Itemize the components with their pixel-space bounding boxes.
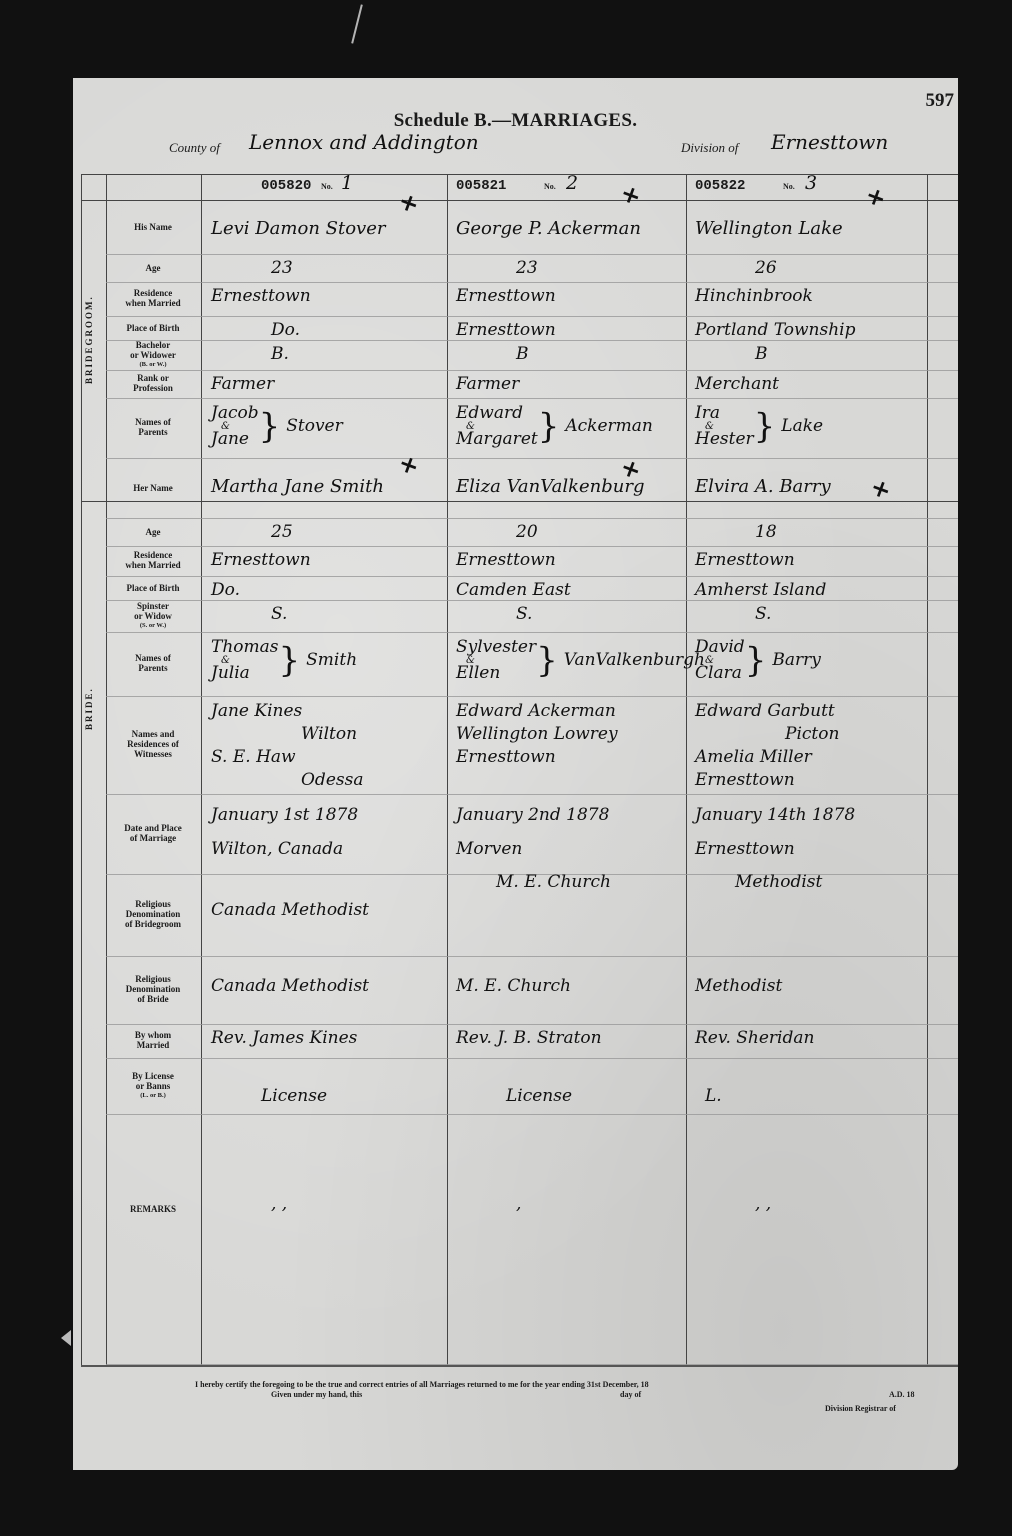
groom-profession-value: Farmer bbox=[211, 374, 274, 394]
row-label-line: Names and bbox=[109, 729, 197, 739]
row-label-bride-status: Spinsteror Widow(S. or W.) bbox=[109, 601, 197, 629]
row-label-line: when Married bbox=[109, 560, 197, 570]
bride-residence-value: Ernesttown bbox=[456, 550, 556, 570]
certify-text: I hereby certify the foregoing to be the… bbox=[195, 1380, 649, 1389]
groom-birthplace-value: Ernesttown bbox=[456, 320, 556, 340]
brace: } bbox=[279, 641, 301, 681]
witness-line: Wellington Lowrey bbox=[456, 723, 686, 746]
row-label-groom-name: His Name bbox=[109, 222, 197, 232]
groom-denomination-value: Methodist bbox=[735, 872, 822, 892]
father-name: David bbox=[695, 637, 745, 657]
row-label-line: Names of bbox=[109, 417, 197, 427]
groom-age-value: 23 bbox=[271, 258, 293, 278]
row-label-license-or-banns: By Licenseor Banns(L. or B.) bbox=[109, 1071, 197, 1099]
schedule-title: Schedule B.—MARRIAGES. bbox=[73, 110, 958, 132]
row-label-line: Age bbox=[109, 263, 197, 273]
father-name: Edward bbox=[456, 403, 523, 423]
bride-birthplace-value: Do. bbox=[211, 580, 240, 600]
officiant-value: Rev. James Kines bbox=[211, 1028, 357, 1048]
license-or-banns-cell: License bbox=[211, 1086, 497, 1106]
groom-denomination-value: M. E. Church bbox=[496, 872, 611, 892]
license-or-banns-value: License bbox=[261, 1086, 327, 1106]
mother-name: Clara bbox=[695, 663, 742, 683]
witnesses-cell: Edward GarbuttPictonAmelia MillerErnestt… bbox=[695, 700, 927, 792]
license-or-banns-cell: L. bbox=[695, 1086, 937, 1106]
father-name: Thomas bbox=[211, 637, 279, 657]
groom-profession-cell: Merchant bbox=[695, 374, 927, 394]
division-label: Division of bbox=[681, 140, 738, 156]
groom-residence-value: Ernesttown bbox=[456, 286, 556, 306]
row-label-line: Spinster bbox=[109, 601, 197, 611]
officiant-cell: Rev. J. B. Straton bbox=[456, 1028, 686, 1048]
row-label-line: or Widow bbox=[109, 611, 197, 621]
row-label-groom-profession: Rank orProfession bbox=[109, 373, 197, 394]
bride-name-cell: Eliza VanValkenburg bbox=[456, 476, 686, 497]
groom-residence-cell: Hinchinbrook bbox=[695, 286, 927, 306]
bridegroom-section-label: BRIDEGROOM. bbox=[84, 240, 102, 440]
mother-name: Ellen bbox=[456, 663, 500, 683]
bride-birthplace-cell: Amherst Island bbox=[695, 580, 927, 600]
marriage-date-place-cell: January 2nd 1878Morven bbox=[456, 798, 686, 866]
row-label-line: REMARKS bbox=[109, 1204, 197, 1214]
check-mark-icon: + bbox=[395, 185, 424, 219]
row-label-groom-denomination: ReligiousDenominationof Bridegroom bbox=[109, 899, 197, 930]
witness-line: Amelia Miller bbox=[695, 746, 927, 769]
marriage-ledger: BRIDEGROOM. BRIDE. 005820No.1005821No.20… bbox=[81, 174, 958, 1367]
remarks-cell: , , bbox=[695, 1194, 987, 1214]
witnesses-cell: Jane KinesWiltonS. E. HawOdessa bbox=[211, 700, 447, 792]
groom-parents-cell: Edward&Margaret}Ackerman bbox=[456, 404, 686, 449]
row-label-groom-parents: Names ofParents bbox=[109, 417, 197, 438]
bride-birthplace-value: Camden East bbox=[456, 580, 571, 600]
row-label-line: Denomination bbox=[109, 909, 197, 919]
marriage-date: January 14th 1878 bbox=[695, 798, 927, 832]
bride-parents-cell: David&Clara}Barry bbox=[695, 638, 927, 683]
row-label-line: Residence bbox=[109, 288, 197, 298]
row-label-line: of Bridegroom bbox=[109, 919, 197, 929]
row-label-line: Religious bbox=[109, 899, 197, 909]
bride-age-value: 25 bbox=[271, 522, 293, 542]
groom-profession-value: Farmer bbox=[456, 374, 519, 394]
bride-birthplace-cell: Do. bbox=[211, 580, 447, 600]
bride-denomination-value: Canada Methodist bbox=[211, 976, 369, 996]
witness-line: Odessa bbox=[211, 769, 447, 792]
groom-status-value: B bbox=[755, 344, 768, 364]
bride-section-label: BRIDE. bbox=[84, 644, 102, 774]
day-of-text: day of bbox=[620, 1390, 641, 1399]
row-label-line: when Married bbox=[109, 298, 197, 308]
row-label-remarks: REMARKS bbox=[109, 1204, 197, 1214]
row-label-line: of Marriage bbox=[109, 833, 197, 843]
entry-no-value: 2 bbox=[566, 172, 578, 194]
bride-denomination-cell: Methodist bbox=[695, 976, 927, 996]
bride-residence-cell: Ernesttown bbox=[211, 550, 447, 570]
witness-line: Edward Garbutt bbox=[695, 700, 927, 723]
bride-age-cell: 18 bbox=[695, 522, 987, 542]
registration-number: 005822 bbox=[695, 178, 745, 194]
groom-age-value: 26 bbox=[755, 258, 777, 278]
row-label-line: Her Name bbox=[109, 483, 197, 493]
county-value: Lennox and Addington bbox=[249, 130, 479, 154]
ad-text: A.D. 18 bbox=[889, 1390, 915, 1399]
remarks-value: , , bbox=[271, 1194, 287, 1214]
groom-residence-cell: Ernesttown bbox=[211, 286, 447, 306]
bride-denomination-value: Methodist bbox=[695, 976, 782, 996]
check-mark-icon: + bbox=[617, 177, 646, 211]
row-label-line: Rank or bbox=[109, 373, 197, 383]
county-label: County of bbox=[169, 140, 220, 156]
row-label-groom-age: Age bbox=[109, 263, 197, 273]
check-mark-icon: + bbox=[862, 179, 891, 213]
groom-parents-cell: Ira&Hester}Lake bbox=[695, 404, 927, 449]
registration-number: 005820 bbox=[261, 178, 311, 194]
marriage-date: January 1st 1878 bbox=[211, 798, 447, 832]
officiant-value: Rev. J. B. Straton bbox=[456, 1028, 602, 1048]
groom-name-cell: Levi Damon Stover bbox=[211, 218, 447, 239]
parents-surname: Ackerman bbox=[565, 416, 653, 436]
bride-status-value: S. bbox=[516, 604, 532, 624]
groom-profession-cell: Farmer bbox=[456, 374, 686, 394]
parents-surname: Lake bbox=[781, 416, 823, 436]
father-name: Jacob bbox=[211, 403, 259, 423]
remarks-value: , bbox=[516, 1194, 521, 1214]
row-label-officiant: By whomMarried bbox=[109, 1030, 197, 1051]
father-name: Ira bbox=[695, 403, 720, 423]
bride-denomination-cell: Canada Methodist bbox=[211, 976, 447, 996]
parents-surname: VanValkenburgh bbox=[564, 650, 705, 670]
groom-parents-cell: Jacob&Jane}Stover bbox=[211, 404, 447, 449]
marriage-date-place-cell: January 14th 1878Ernesttown bbox=[695, 798, 927, 866]
marriage-date: January 2nd 1878 bbox=[456, 798, 686, 832]
groom-denomination-value: Canada Methodist bbox=[211, 900, 369, 920]
groom-name-value: George P. Ackerman bbox=[456, 218, 641, 239]
brace: } bbox=[745, 641, 767, 681]
officiant-value: Rev. Sheridan bbox=[695, 1028, 814, 1048]
groom-birthplace-value: Portland Township bbox=[695, 320, 856, 340]
groom-name-value: Levi Damon Stover bbox=[211, 218, 385, 239]
bride-name-value: Elvira A. Barry bbox=[695, 476, 831, 497]
brace: } bbox=[754, 407, 776, 447]
bride-status-cell: S. bbox=[695, 604, 987, 624]
row-label-line: Profession bbox=[109, 383, 197, 393]
father-name: Sylvester bbox=[456, 637, 536, 657]
row-label-line: Age bbox=[109, 527, 197, 537]
entry-no-value: 1 bbox=[341, 172, 353, 194]
groom-birthplace-cell: Ernesttown bbox=[456, 320, 686, 340]
witness-line: S. E. Haw bbox=[211, 746, 447, 769]
mother-name: Julia bbox=[211, 663, 250, 683]
row-label-bride-denomination: ReligiousDenominationof Bride bbox=[109, 974, 197, 1005]
bride-age-value: 18 bbox=[755, 522, 777, 542]
row-label-line: Denomination bbox=[109, 984, 197, 994]
license-or-banns-cell: License bbox=[456, 1086, 736, 1106]
row-label-bride-parents: Names ofParents bbox=[109, 653, 197, 674]
entry-no-label: No. bbox=[783, 182, 795, 191]
groom-status-value: B bbox=[516, 344, 529, 364]
row-label-line: or Widower bbox=[109, 350, 197, 360]
parents-surname: Stover bbox=[286, 416, 343, 436]
witness-line: Ernesttown bbox=[456, 746, 686, 769]
groom-residence-cell: Ernesttown bbox=[456, 286, 686, 306]
row-label-line: By License bbox=[109, 1071, 197, 1081]
bride-denomination-value: M. E. Church bbox=[456, 976, 571, 996]
groom-denomination-cell: Methodist bbox=[695, 872, 967, 892]
scan-artifact bbox=[351, 4, 363, 43]
bride-parents-cell: Thomas&Julia}Smith bbox=[211, 638, 447, 683]
bride-status-value: S. bbox=[271, 604, 287, 624]
entry-no-label: No. bbox=[544, 182, 556, 191]
bride-birthplace-value: Amherst Island bbox=[695, 580, 826, 600]
marriage-date-place-cell: January 1st 1878Wilton, Canada bbox=[211, 798, 447, 866]
row-label-line: Date and Place bbox=[109, 823, 197, 833]
bride-status-value: S. bbox=[755, 604, 771, 624]
row-label-groom-residence: Residencewhen Married bbox=[109, 288, 197, 309]
groom-profession-value: Merchant bbox=[695, 374, 779, 394]
groom-status-value: B. bbox=[271, 344, 289, 364]
row-label-line: Bachelor bbox=[109, 340, 197, 350]
bride-denomination-cell: M. E. Church bbox=[456, 976, 686, 996]
groom-profession-cell: Farmer bbox=[211, 374, 447, 394]
groom-name-cell: George P. Ackerman bbox=[456, 218, 686, 239]
row-label-line: of Bride bbox=[109, 994, 197, 1004]
witnesses-cell: Edward AckermanWellington LowreyErnestto… bbox=[456, 700, 686, 769]
marriage-place: Morven bbox=[456, 832, 686, 866]
marriage-place: Ernesttown bbox=[695, 832, 927, 866]
bride-age-value: 20 bbox=[516, 522, 538, 542]
row-label-marriage-date-place: Date and Placeof Marriage bbox=[109, 823, 197, 844]
row-label-bride-age: Age bbox=[109, 527, 197, 537]
entry-no-value: 3 bbox=[805, 172, 817, 194]
bride-parents-cell: Sylvester&Ellen}VanValkenburgh bbox=[456, 638, 686, 683]
groom-residence-value: Hinchinbrook bbox=[695, 286, 813, 306]
row-label-line: Place of Birth bbox=[109, 583, 197, 593]
row-label-bride-residence: Residencewhen Married bbox=[109, 550, 197, 571]
brace: } bbox=[259, 407, 281, 447]
row-label-line: Place of Birth bbox=[109, 323, 197, 333]
witness-line: Picton bbox=[695, 723, 927, 746]
groom-name-cell: Wellington Lake bbox=[695, 218, 927, 239]
witness-line: Jane Kines bbox=[211, 700, 447, 723]
license-or-banns-value: License bbox=[506, 1086, 572, 1106]
mother-name: Hester bbox=[695, 429, 754, 449]
brace: } bbox=[538, 407, 560, 447]
given-text: Given under my hand, this bbox=[271, 1390, 362, 1399]
row-label-line: Parents bbox=[109, 663, 197, 673]
row-label-hint: (L. or B.) bbox=[109, 1092, 197, 1099]
row-label-line: Residences of bbox=[109, 739, 197, 749]
register-page: 597 Schedule B.—MARRIAGES. County of Len… bbox=[73, 78, 958, 1470]
groom-age-cell: 26 bbox=[695, 258, 987, 278]
row-label-witnesses: Names andResidences ofWitnesses bbox=[109, 729, 197, 760]
row-label-line: Residence bbox=[109, 550, 197, 560]
bride-name-value: Eliza VanValkenburg bbox=[456, 476, 645, 497]
row-label-line: or Banns bbox=[109, 1081, 197, 1091]
row-label-line: Names of bbox=[109, 653, 197, 663]
groom-status-cell: B bbox=[695, 344, 987, 364]
division-value: Ernesttown bbox=[771, 130, 888, 154]
row-label-bride-birthplace: Place of Birth bbox=[109, 583, 197, 593]
bride-residence-cell: Ernesttown bbox=[456, 550, 686, 570]
brace: } bbox=[536, 641, 558, 681]
row-label-hint: (B. or W.) bbox=[109, 361, 197, 368]
officiant-cell: Rev. Sheridan bbox=[695, 1028, 927, 1048]
bride-residence-value: Ernesttown bbox=[695, 550, 795, 570]
groom-name-value: Wellington Lake bbox=[695, 218, 843, 239]
parents-surname: Smith bbox=[306, 650, 357, 670]
marriage-place: Wilton, Canada bbox=[211, 832, 447, 866]
row-label-line: Married bbox=[109, 1040, 197, 1050]
groom-residence-value: Ernesttown bbox=[211, 286, 311, 306]
entry-no-label: No. bbox=[321, 182, 333, 191]
row-label-line: Witnesses bbox=[109, 749, 197, 759]
witness-line: Ernesttown bbox=[695, 769, 927, 792]
bride-residence-value: Ernesttown bbox=[211, 550, 311, 570]
bride-name-value: Martha Jane Smith bbox=[211, 476, 384, 497]
groom-birthplace-cell: Portland Township bbox=[695, 320, 927, 340]
row-label-line: By whom bbox=[109, 1030, 197, 1040]
page-number: 597 bbox=[926, 90, 955, 112]
groom-birthplace-value: Do. bbox=[271, 320, 300, 340]
groom-denomination-cell: Canada Methodist bbox=[211, 900, 447, 920]
page-notch bbox=[61, 1330, 71, 1346]
row-label-line: Religious bbox=[109, 974, 197, 984]
row-label-groom-status: Bacheloror Widower(B. or W.) bbox=[109, 340, 197, 368]
license-or-banns-value: L. bbox=[705, 1086, 722, 1106]
groom-denomination-cell: M. E. Church bbox=[456, 872, 726, 892]
row-label-bride-name: Her Name bbox=[109, 483, 197, 493]
row-label-line: His Name bbox=[109, 222, 197, 232]
bride-residence-cell: Ernesttown bbox=[695, 550, 927, 570]
registration-number: 005821 bbox=[456, 178, 506, 194]
remarks-value: , , bbox=[755, 1194, 771, 1214]
registrar-text: Division Registrar of bbox=[825, 1404, 896, 1413]
witness-line: Edward Ackerman bbox=[456, 700, 686, 723]
row-label-groom-birthplace: Place of Birth bbox=[109, 323, 197, 333]
witness-line: Wilton bbox=[211, 723, 447, 746]
parents-surname: Barry bbox=[772, 650, 821, 670]
officiant-cell: Rev. James Kines bbox=[211, 1028, 447, 1048]
groom-age-value: 23 bbox=[516, 258, 538, 278]
mother-name: Margaret bbox=[456, 429, 538, 449]
bride-birthplace-cell: Camden East bbox=[456, 580, 686, 600]
mother-name: Jane bbox=[211, 429, 249, 449]
row-label-hint: (S. or W.) bbox=[109, 622, 197, 629]
row-label-line: Parents bbox=[109, 427, 197, 437]
